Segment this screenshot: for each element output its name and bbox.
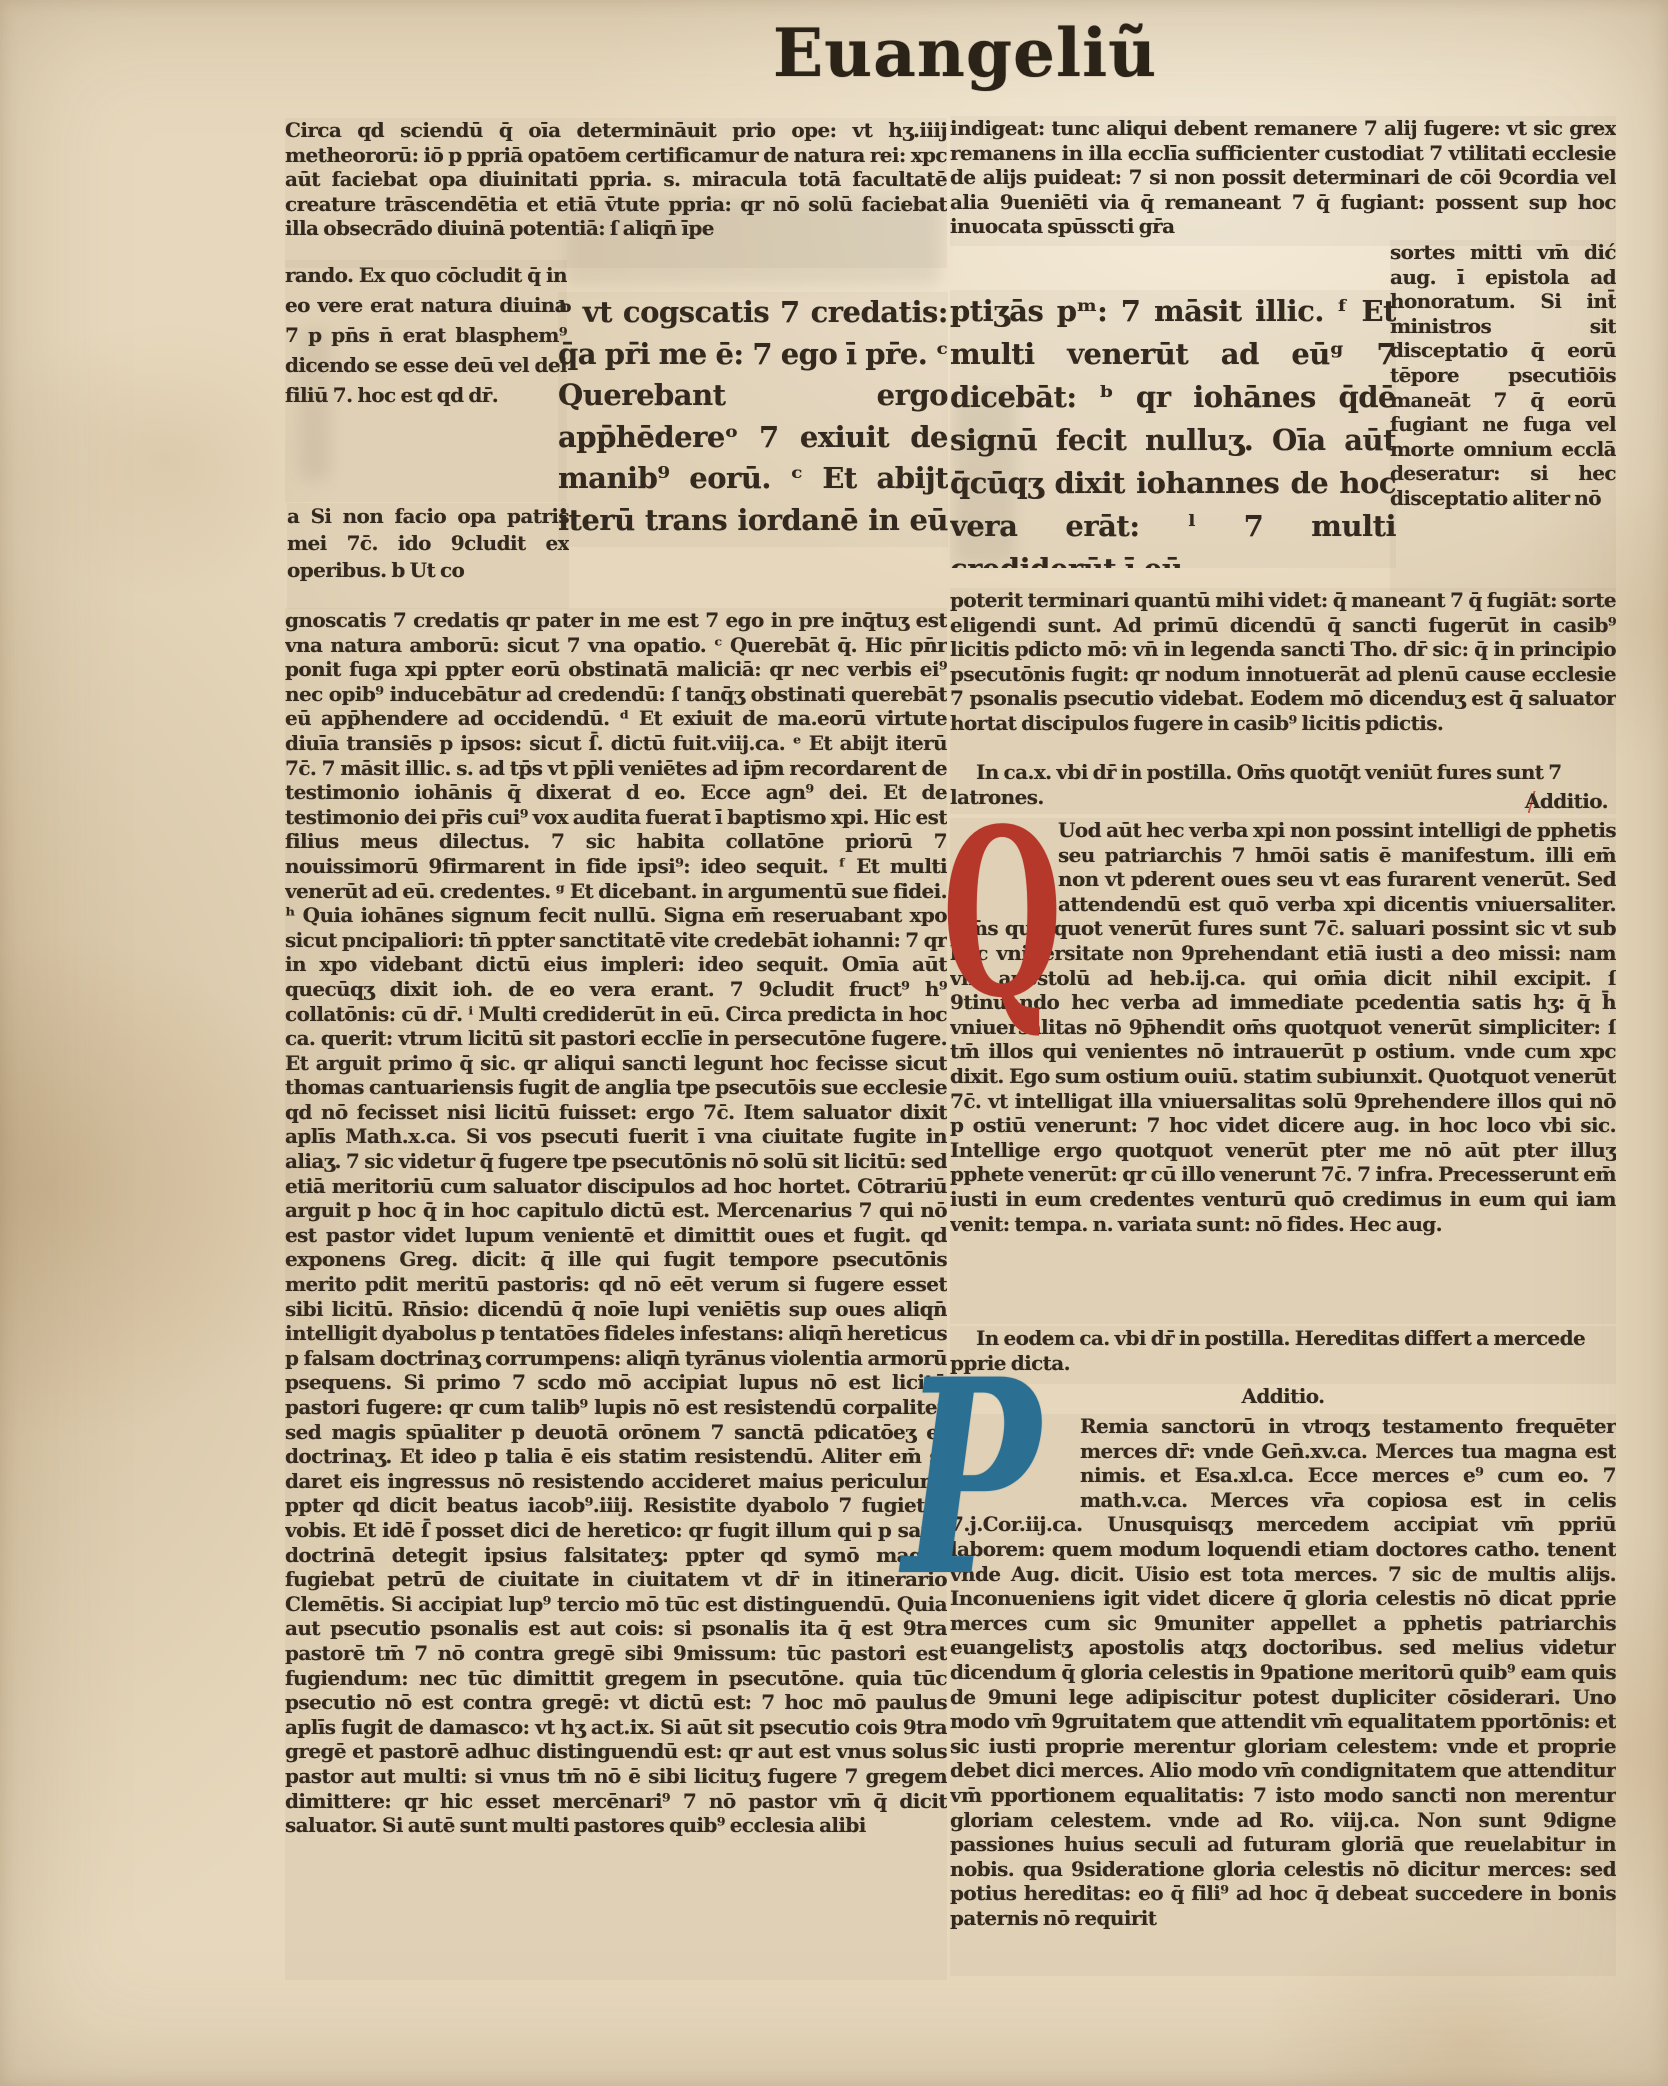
right-intro-paragraph: indigeat: tunc aliqui debent remanere 7 … [950, 116, 1616, 246]
right-margin-note: sortes mitti vm̄ dić aug. ī epistola ad … [1390, 240, 1616, 592]
drop-cap-q-initial: Q [942, 822, 1062, 1006]
left-gloss-note: a Si non facio opa patris mei 7c̄. ido 9… [287, 503, 569, 609]
additio-label: Additio. [1521, 789, 1608, 814]
left-side-note: rando. Ex quo cōcludit q̄ in eo vere era… [285, 260, 567, 502]
right-gospel-text: ptiʒās pᵐ: 7 māsit illic. ᶠ Et multi ven… [950, 290, 1396, 568]
drop-cap-p-initial: P [903, 1372, 1040, 1586]
page-title: Euangeliũ [620, 14, 1310, 106]
additio-heading: Additio. [950, 1384, 1616, 1412]
incunable-page: Euangeliũ Circa qd sciendū q̄ oīa determ… [0, 0, 1668, 2086]
right-commentary-first: poterit terminari quantū mihi videt: q̄ … [950, 588, 1616, 760]
right-commentary-premia: Remia sanctorū in vtroqʒ testamento freq… [950, 1414, 1616, 1976]
left-commentary: gnoscatis 7 credatis qr pater in me est … [285, 608, 947, 1980]
premia-paragraph-text: Remia sanctorū in vtroqʒ testamento freq… [950, 1414, 1616, 1930]
left-intro-paragraph: Circa qd sciendū q̄ oīa determināuit pri… [285, 118, 947, 268]
postilla-reference-2: In eodem ca. vbi dr̄ in postilla. Heredi… [950, 1326, 1616, 1384]
left-gospel-text: ᵇ vt cogscatis 7 credatis: q̄a pr̄i me ē… [558, 292, 948, 547]
